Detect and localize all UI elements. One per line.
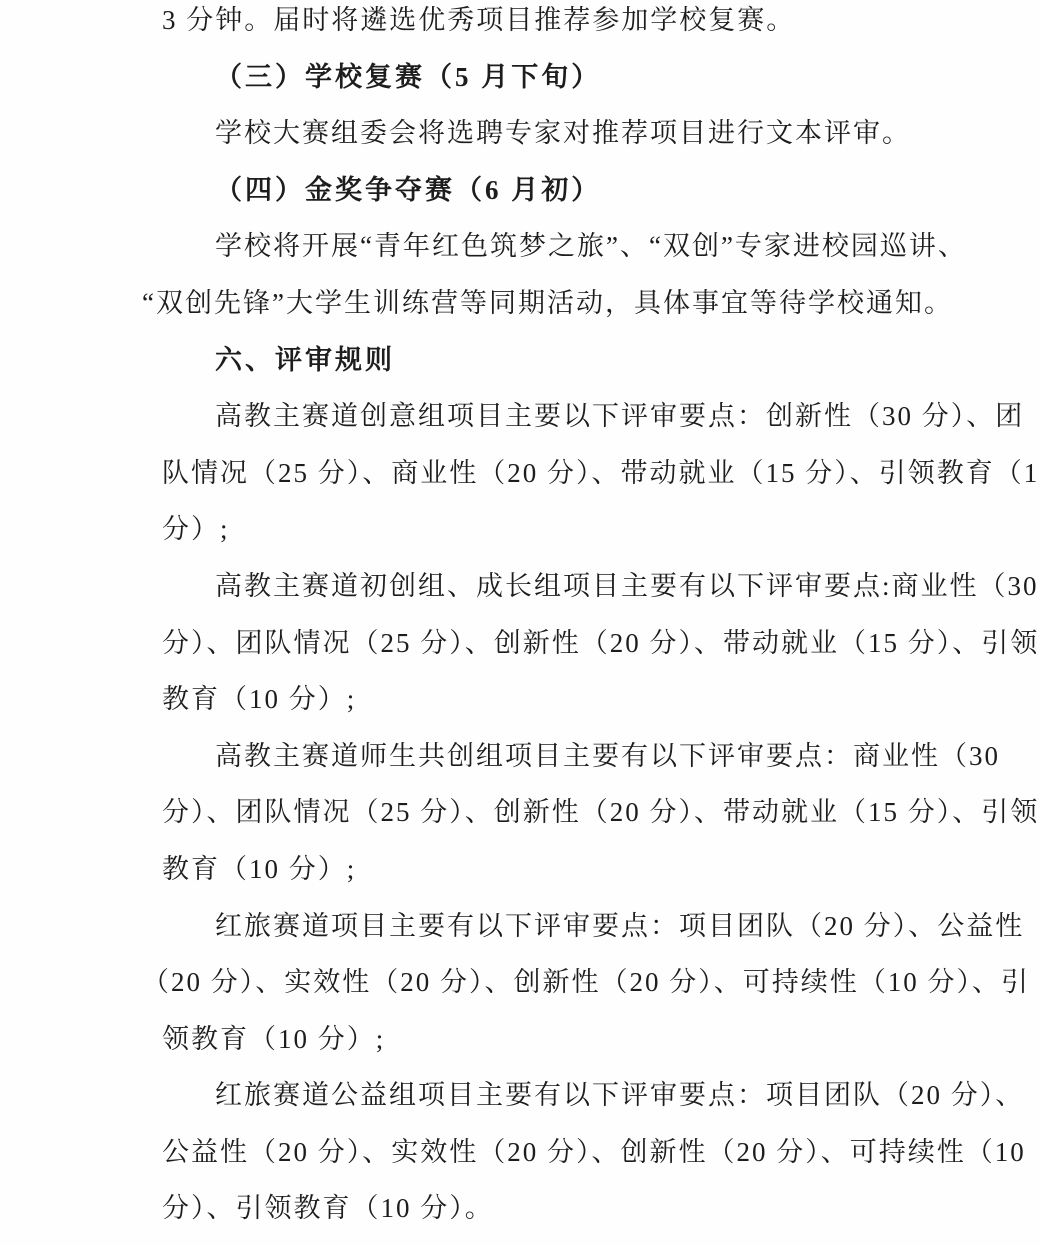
text-line: 教育（10 分）; xyxy=(162,671,1020,728)
text-line: 教育（10 分）; xyxy=(162,841,1020,898)
text-line: 公益性（20 分）、实效性（20 分）、创新性（20 分）、可持续性（10 xyxy=(162,1124,1020,1181)
text-line: 学校大赛组委会将选聘专家对推荐项目进行文本评审。 xyxy=(162,105,1020,162)
text-line: 学校将开展“青年红色筑梦之旅”、“双创”专家进校园巡讲、 xyxy=(162,218,1020,275)
section-heading-gold-final: （四）金奖争夺赛（6 月初） xyxy=(162,162,1020,219)
section-heading-review-rules: 六、评审规则 xyxy=(162,332,1020,389)
text-line: 领教育（10 分）; xyxy=(162,1011,1020,1068)
text-line: 3 分钟。届时将遴选优秀项目推荐参加学校复赛。 xyxy=(162,0,1020,49)
text-line: 高教主赛道创意组项目主要以下评审要点：创新性（30 分）、团 xyxy=(162,388,1020,445)
text-line: 红旅赛道项目主要有以下评审要点：项目团队（20 分）、公益性 xyxy=(162,898,1020,955)
text-line: 队情况（25 分）、商业性（20 分）、带动就业（15 分）、引领教育（10 xyxy=(162,445,1020,502)
text-line: 分）、引领教育（10 分）。 xyxy=(162,1180,1020,1237)
document-body: 3 分钟。届时将遴选优秀项目推荐参加学校复赛。 （三）学校复赛（5 月下旬） 学… xyxy=(0,0,1040,1237)
text-line: 分）、团队情况（25 分）、创新性（20 分）、带动就业（15 分）、引领 xyxy=(162,615,1020,672)
section-heading-school-semifinal: （三）学校复赛（5 月下旬） xyxy=(162,49,1020,106)
text-line: 红旅赛道公益组项目主要有以下评审要点：项目团队（20 分）、 xyxy=(162,1067,1020,1124)
text-line: （20 分）、实效性（20 分）、创新性（20 分）、可持续性（10 分）、引 xyxy=(162,954,1020,1011)
text-line: 分）、团队情况（25 分）、创新性（20 分）、带动就业（15 分）、引领 xyxy=(162,784,1020,841)
text-line: 分）; xyxy=(162,501,1020,558)
document-page: 3 分钟。届时将遴选优秀项目推荐参加学校复赛。 （三）学校复赛（5 月下旬） 学… xyxy=(0,0,1040,1245)
text-line: 高教主赛道初创组、成长组项目主要有以下评审要点:商业性（30 xyxy=(162,558,1020,615)
text-line: 高教主赛道师生共创组项目主要有以下评审要点：商业性（30 xyxy=(162,728,1020,785)
text-line: “双创先锋”大学生训练营等同期活动，具体事宜等待学校通知。 xyxy=(162,275,1020,332)
